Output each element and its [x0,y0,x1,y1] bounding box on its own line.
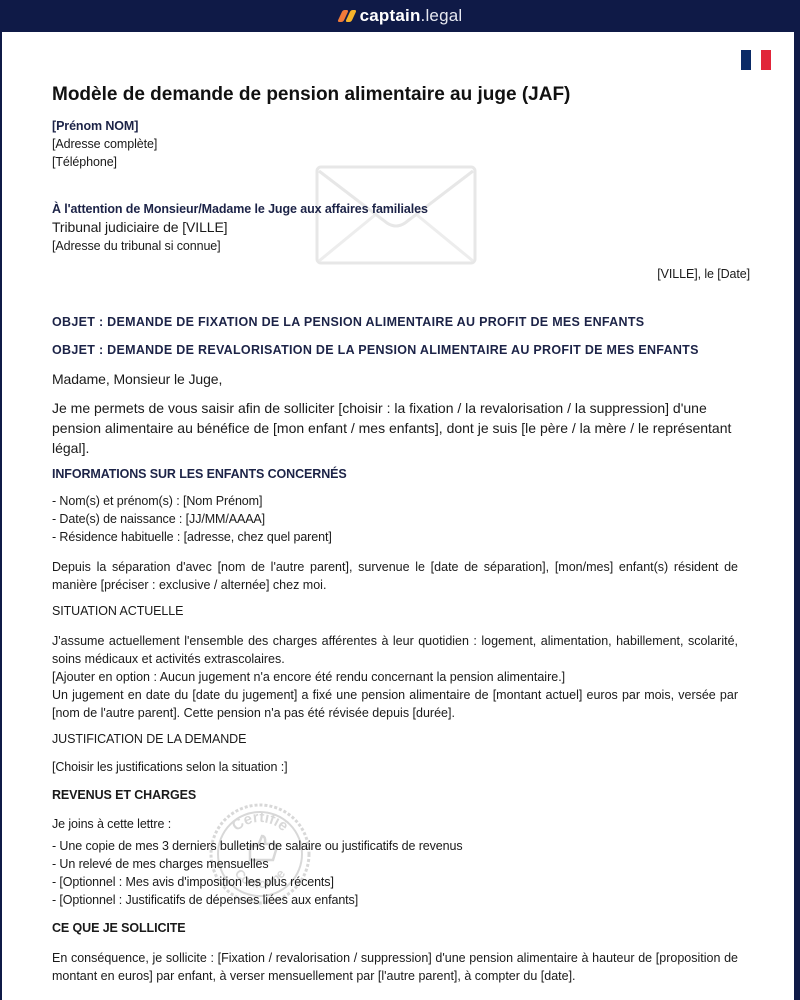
document-page: Certifié Conforme Modèle de demande de p… [2,32,794,1000]
sender-phone: [Téléphone] [52,155,117,169]
child-residence-item: - Résidence habituelle : [adresse, chez … [52,530,332,544]
request-heading: CE QUE JE SOLLICITE [52,921,186,935]
situation-heading: SITUATION ACTUELLE [52,604,183,618]
intro-paragraph: Je me permets de vous saisir afin de sol… [52,398,738,458]
situation-option: [Ajouter en option : Aucun jugement n'a … [52,668,738,686]
child-birthdate-item: - Date(s) de naissance : [JJ/MM/AAAA] [52,512,265,526]
justification-instruction: [Choisir les justifications selon la sit… [52,760,288,774]
place-date: [VILLE], le [Date] [657,267,750,281]
income-intro: Je joins à cette lettre : [52,817,171,831]
svg-text:Certifié: Certifié [229,809,292,835]
sender-address: [Adresse complète] [52,137,157,151]
income-item-tax: - [Optionnel : Mes avis d'imposition les… [52,875,334,889]
sender-name: [Prénom NOM] [52,119,138,133]
income-heading: REVENUS ET CHARGES [52,788,196,802]
situation-judgment: Un jugement en date du [date du jugement… [52,686,738,722]
subject-revalorisation: OBJET : DEMANDE DE REVALORISATION DE LA … [52,343,699,357]
document-title: Modèle de demande de pension alimentaire… [52,84,570,106]
income-item-payslips: - Une copie de mes 3 derniers bulletins … [52,839,462,853]
logo-text: captain.legal [360,6,463,26]
salutation: Madame, Monsieur le Juge, [52,371,222,387]
captain-legal-logo[interactable]: captain.legal [338,6,463,26]
top-bar: captain.legal [0,0,800,32]
recipient-attention: À l'attention de Monsieur/Madame le Juge… [52,202,428,216]
justification-heading: JUSTIFICATION DE LA DEMANDE [52,732,246,746]
child-name-item: - Nom(s) et prénom(s) : [Nom Prénom] [52,494,262,508]
separation-paragraph: Depuis la séparation d'avec [nom de l'au… [52,558,738,594]
subject-fixation: OBJET : DEMANDE DE FIXATION DE LA PENSIO… [52,315,644,329]
recipient-court: Tribunal judiciaire de [VILLE] [52,219,227,235]
brand-name: captain [360,6,421,25]
situation-charges: J'assume actuellement l'ensemble des cha… [52,632,738,668]
income-item-charges: - Un relevé de mes charges mensuelles [52,857,269,871]
brand-tld: .legal [421,6,463,25]
france-flag-icon[interactable] [741,50,771,70]
recipient-court-address: [Adresse du tribunal si connue] [52,239,221,253]
income-item-expenses: - [Optionnel : Justificatifs de dépenses… [52,893,358,907]
logo-mark-icon [338,10,356,22]
request-paragraph: En conséquence, je sollicite : [Fixation… [52,949,738,985]
children-heading: INFORMATIONS SUR LES ENFANTS CONCERNÉS [52,467,347,481]
certified-stamp-icon: Certifié Conforme [208,802,312,906]
